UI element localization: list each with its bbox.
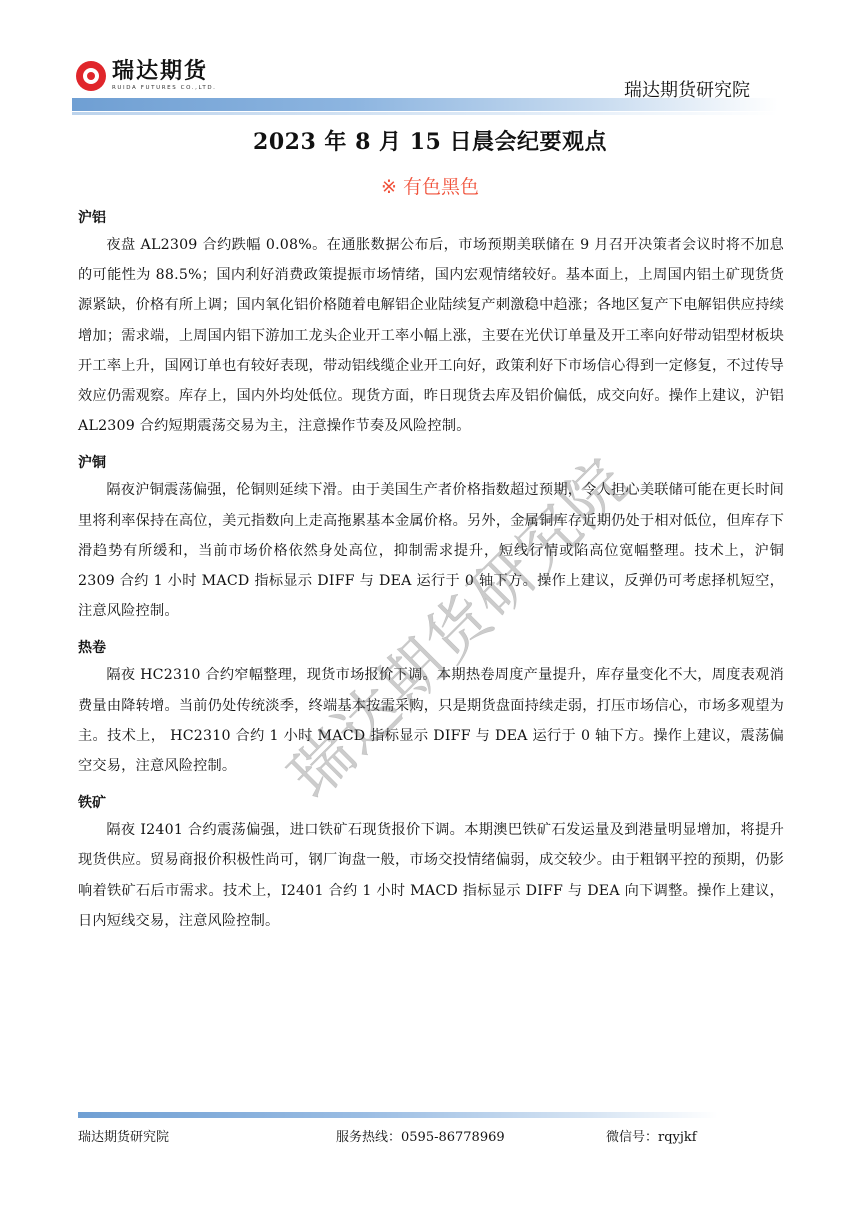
logo-text: 瑞达期货 RUIDA FUTURES CO.,LTD.	[112, 60, 217, 92]
footer-institute: 瑞达期货研究院	[78, 1126, 169, 1145]
section-heading: 沪铜	[78, 451, 784, 475]
section-paragraph: 隔夜 I2401 合约震荡偏强，进口铁矿石现货报价下调。本期澳巴铁矿石发运量及到…	[78, 815, 784, 936]
header-divider-line	[72, 112, 778, 115]
section-copper: 沪铜 隔夜沪铜震荡偏强，伦铜则延续下滑。由于美国生产者价格指数超过预期，令人担心…	[78, 451, 784, 626]
section-heading: 铁矿	[78, 791, 784, 815]
section-heading: 热卷	[78, 636, 784, 660]
section-hot-rolled-coil: 热卷 隔夜 HC2310 合约窄幅整理，现货市场报价下调。本期热卷周度产量提升，…	[78, 636, 784, 781]
section-paragraph: 隔夜 HC2310 合约窄幅整理，现货市场报价下调。本期热卷周度产量提升，库存量…	[78, 660, 784, 781]
page-title: 2023 年 8 月 15 日晨会纪要观点	[0, 125, 860, 156]
section-group-title: ※ 有色黑色	[0, 172, 860, 199]
footer-wechat: 微信号：rqyjkf	[606, 1126, 697, 1145]
section-heading: 沪铝	[78, 206, 784, 230]
section-aluminum: 沪铝 夜盘 AL2309 合约跌幅 0.08%。在通胀数据公布后，市场预期美联储…	[78, 206, 784, 441]
company-logo: 瑞达期货 RUIDA FUTURES CO.,LTD.	[76, 60, 217, 92]
header-divider-bar	[72, 98, 778, 111]
section-paragraph: 隔夜沪铜震荡偏强，伦铜则延续下滑。由于美国生产者价格指数超过预期，令人担心美联储…	[78, 475, 784, 626]
document-body: 沪铝 夜盘 AL2309 合约跌幅 0.08%。在通胀数据公布后，市场预期美联储…	[78, 206, 784, 946]
footer-hotline: 服务热线：0595-86778969	[336, 1126, 505, 1145]
page-header: 瑞达期货 RUIDA FUTURES CO.,LTD. 瑞达期货研究院	[0, 0, 860, 120]
footer-divider-bar	[78, 1112, 718, 1118]
logo-en: RUIDA FUTURES CO.,LTD.	[112, 84, 217, 92]
logo-icon	[76, 61, 106, 91]
logo-cn: 瑞达期货	[112, 60, 217, 84]
section-iron-ore: 铁矿 隔夜 I2401 合约震荡偏强，进口铁矿石现货报价下调。本期澳巴铁矿石发运…	[78, 791, 784, 936]
page-footer: 瑞达期货研究院 服务热线：0595-86778969 微信号：rqyjkf	[78, 1126, 778, 1146]
section-paragraph: 夜盘 AL2309 合约跌幅 0.08%。在通胀数据公布后，市场预期美联储在 9…	[78, 230, 784, 441]
